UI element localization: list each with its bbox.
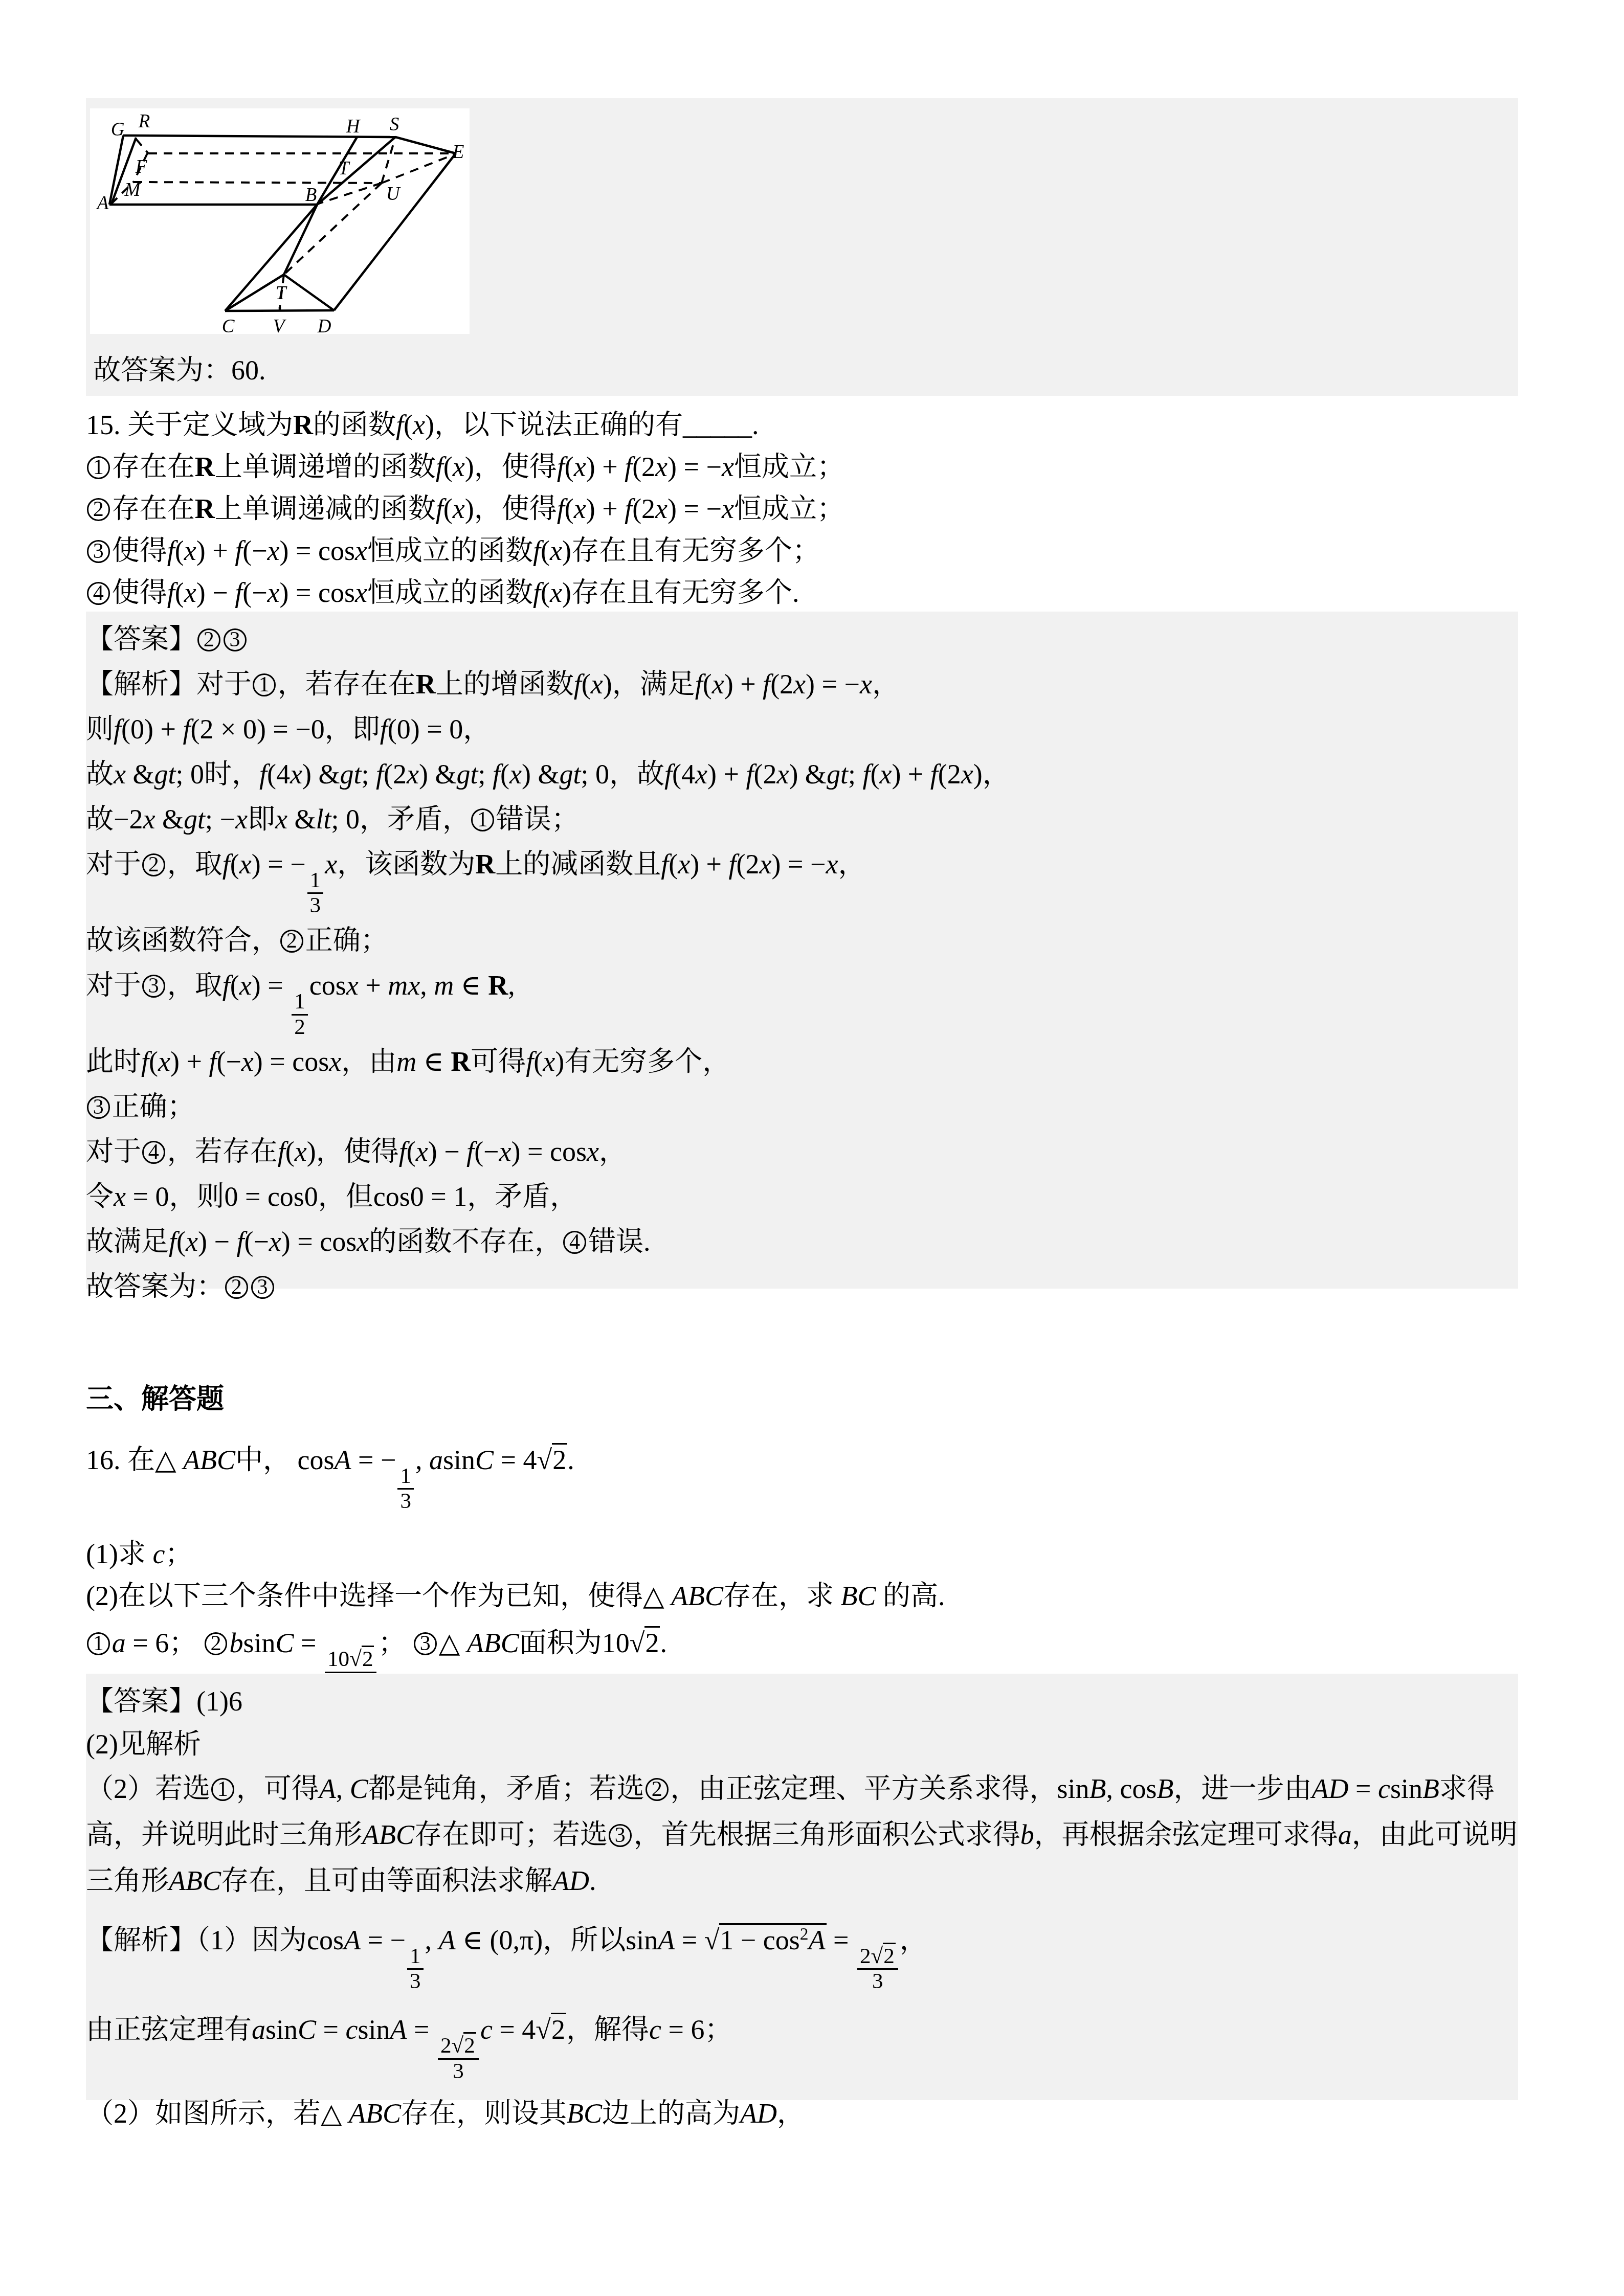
text-line: (2)在以下三个条件中选择一个作为已知，使得△ ABC存在，求 BC 的高. [86,1575,1518,1617]
text-line: 由正弦定理有asinC = csinA = 2√23c = 4√2，解得c = … [86,2008,1518,2083]
text-line: 故−2x &gt; −x即x &lt; 0，矛盾，1错误； [86,797,1518,842]
text-line: 【答案】(1)6 [86,1680,1518,1723]
text-line: 4使得f(x) − f(−x) = cosx恒成立的函数f(x)存在且有无穷多个… [86,572,1518,614]
geometry-figure-image: GRHSEFMABUTTCVD [90,108,470,334]
prism-diagram: GRHSEFMABUTTCVD [90,108,470,334]
text-line: 【答案】23 [86,617,1518,662]
text-line: （2）如图所示，若△ ABC存在，则设其BC边上的高为AD， [86,2094,1518,2133]
vertex-label-T: T [276,283,287,304]
vertex-label-E: E [452,142,464,163]
answer-block-previous: GRHSEFMABUTTCVD 故答案为：60. [86,98,1518,396]
text-line: 对于3，取f(x) = 12cosx + mx, m ∈ R, [86,963,1518,1039]
text-line: 3正确； [86,1084,1518,1129]
text-line: (2)见解析 [86,1723,1518,1766]
vertex-label-S: S [390,114,399,135]
text-line: 15. 关于定义域为R的函数f(x)，以下说法正确的有_____. [86,404,1518,446]
vertex-label-V: V [273,316,287,334]
text-line: 对于2，取f(x) = −13x，该函数为R上的减函数且f(x) + f(2x)… [86,842,1518,918]
text-line: (1)求 c； [86,1533,1518,1575]
section-three: 三、解答题 16. 在△ ABC中， cosA = −13, asinC = 4… [86,1289,1518,1697]
text-line: 令x = 0，则0 = cos0，但cos0 = 1，矛盾， [86,1174,1518,1219]
text-line: 【解析】（1）因为cosA = −13, A ∈ (0,π)，所以sinA = … [86,1913,1518,1994]
vertex-label-T: T [339,158,350,179]
text-line: 则f(0) + f(2 × 0) = −0，即f(0) = 0， [86,707,1518,752]
vertex-label-R: R [138,111,150,132]
vertex-label-F: F [135,156,147,177]
text-line: 2存在在R上单调递减的函数f(x)，使得f(x) + f(2x) = −x恒成立… [86,488,1518,530]
vertex-label-G: G [111,119,125,140]
text-line: 16. 在△ ABC中， cosA = −13, asinC = 4√2. [86,1439,1518,1514]
document-page: GRHSEFMABUTTCVD 故答案为：60. 15. 关于定义域为R的函数f… [0,0,1624,2296]
text-line: 此时f(x) + f(−x) = cosx，由m ∈ R可得f(x)有无穷多个， [86,1039,1518,1084]
text-line: 3使得f(x) + f(−x) = cosx恒成立的函数f(x)存在且有无穷多个… [86,530,1518,572]
text-line: 故答案为：60. [93,355,266,386]
vertex-label-C: C [222,316,235,334]
vertex-label-A: A [96,193,109,214]
text-line: 1存在在R上单调递增的函数f(x)，使得f(x) + f(2x) = −x恒成立… [86,446,1518,488]
vertex-label-U: U [386,184,401,205]
question-16: 16. 在△ ABC中， cosA = −13, asinC = 4√2.(1)… [86,1439,1518,1697]
text-line: 故该函数符合，2正确； [86,918,1518,963]
text-line: 【解析】对于1，若存在在R上的增函数f(x)，满足f(x) + f(2x) = … [86,662,1518,707]
vertex-label-D: D [317,316,331,334]
previous-answer-line: 故答案为：60. [93,355,266,386]
question-15: 15. 关于定义域为R的函数f(x)，以下说法正确的有_____.1存在在R上单… [86,397,1518,614]
vertex-label-H: H [346,116,361,137]
section-heading: 三、解答题 [86,1384,1518,1414]
text-line: 故满足f(x) − f(−x) = cosx的函数不存在，4错误. [86,1219,1518,1264]
text-line: （2）若选1，可得A, C都是钝角，矛盾；若选2，由正弦定理、平方关系求得，si… [86,1766,1518,1904]
answer-block-q16: 【答案】(1)6(2)见解析（2）若选1，可得A, C都是钝角，矛盾；若选2，由… [86,1674,1518,2100]
text-line: 故x &gt; 0时，f(4x) &gt; f(2x) &gt; f(x) &g… [86,752,1518,797]
answer-block-q15: 【答案】23【解析】对于1，若存在在R上的增函数f(x)，满足f(x) + f(… [86,612,1518,1289]
vertex-label-B: B [305,185,317,206]
vertex-label-M: M [124,179,142,200]
text-line: 对于4，若存在f(x)，使得f(x) − f(−x) = cosx， [86,1129,1518,1174]
